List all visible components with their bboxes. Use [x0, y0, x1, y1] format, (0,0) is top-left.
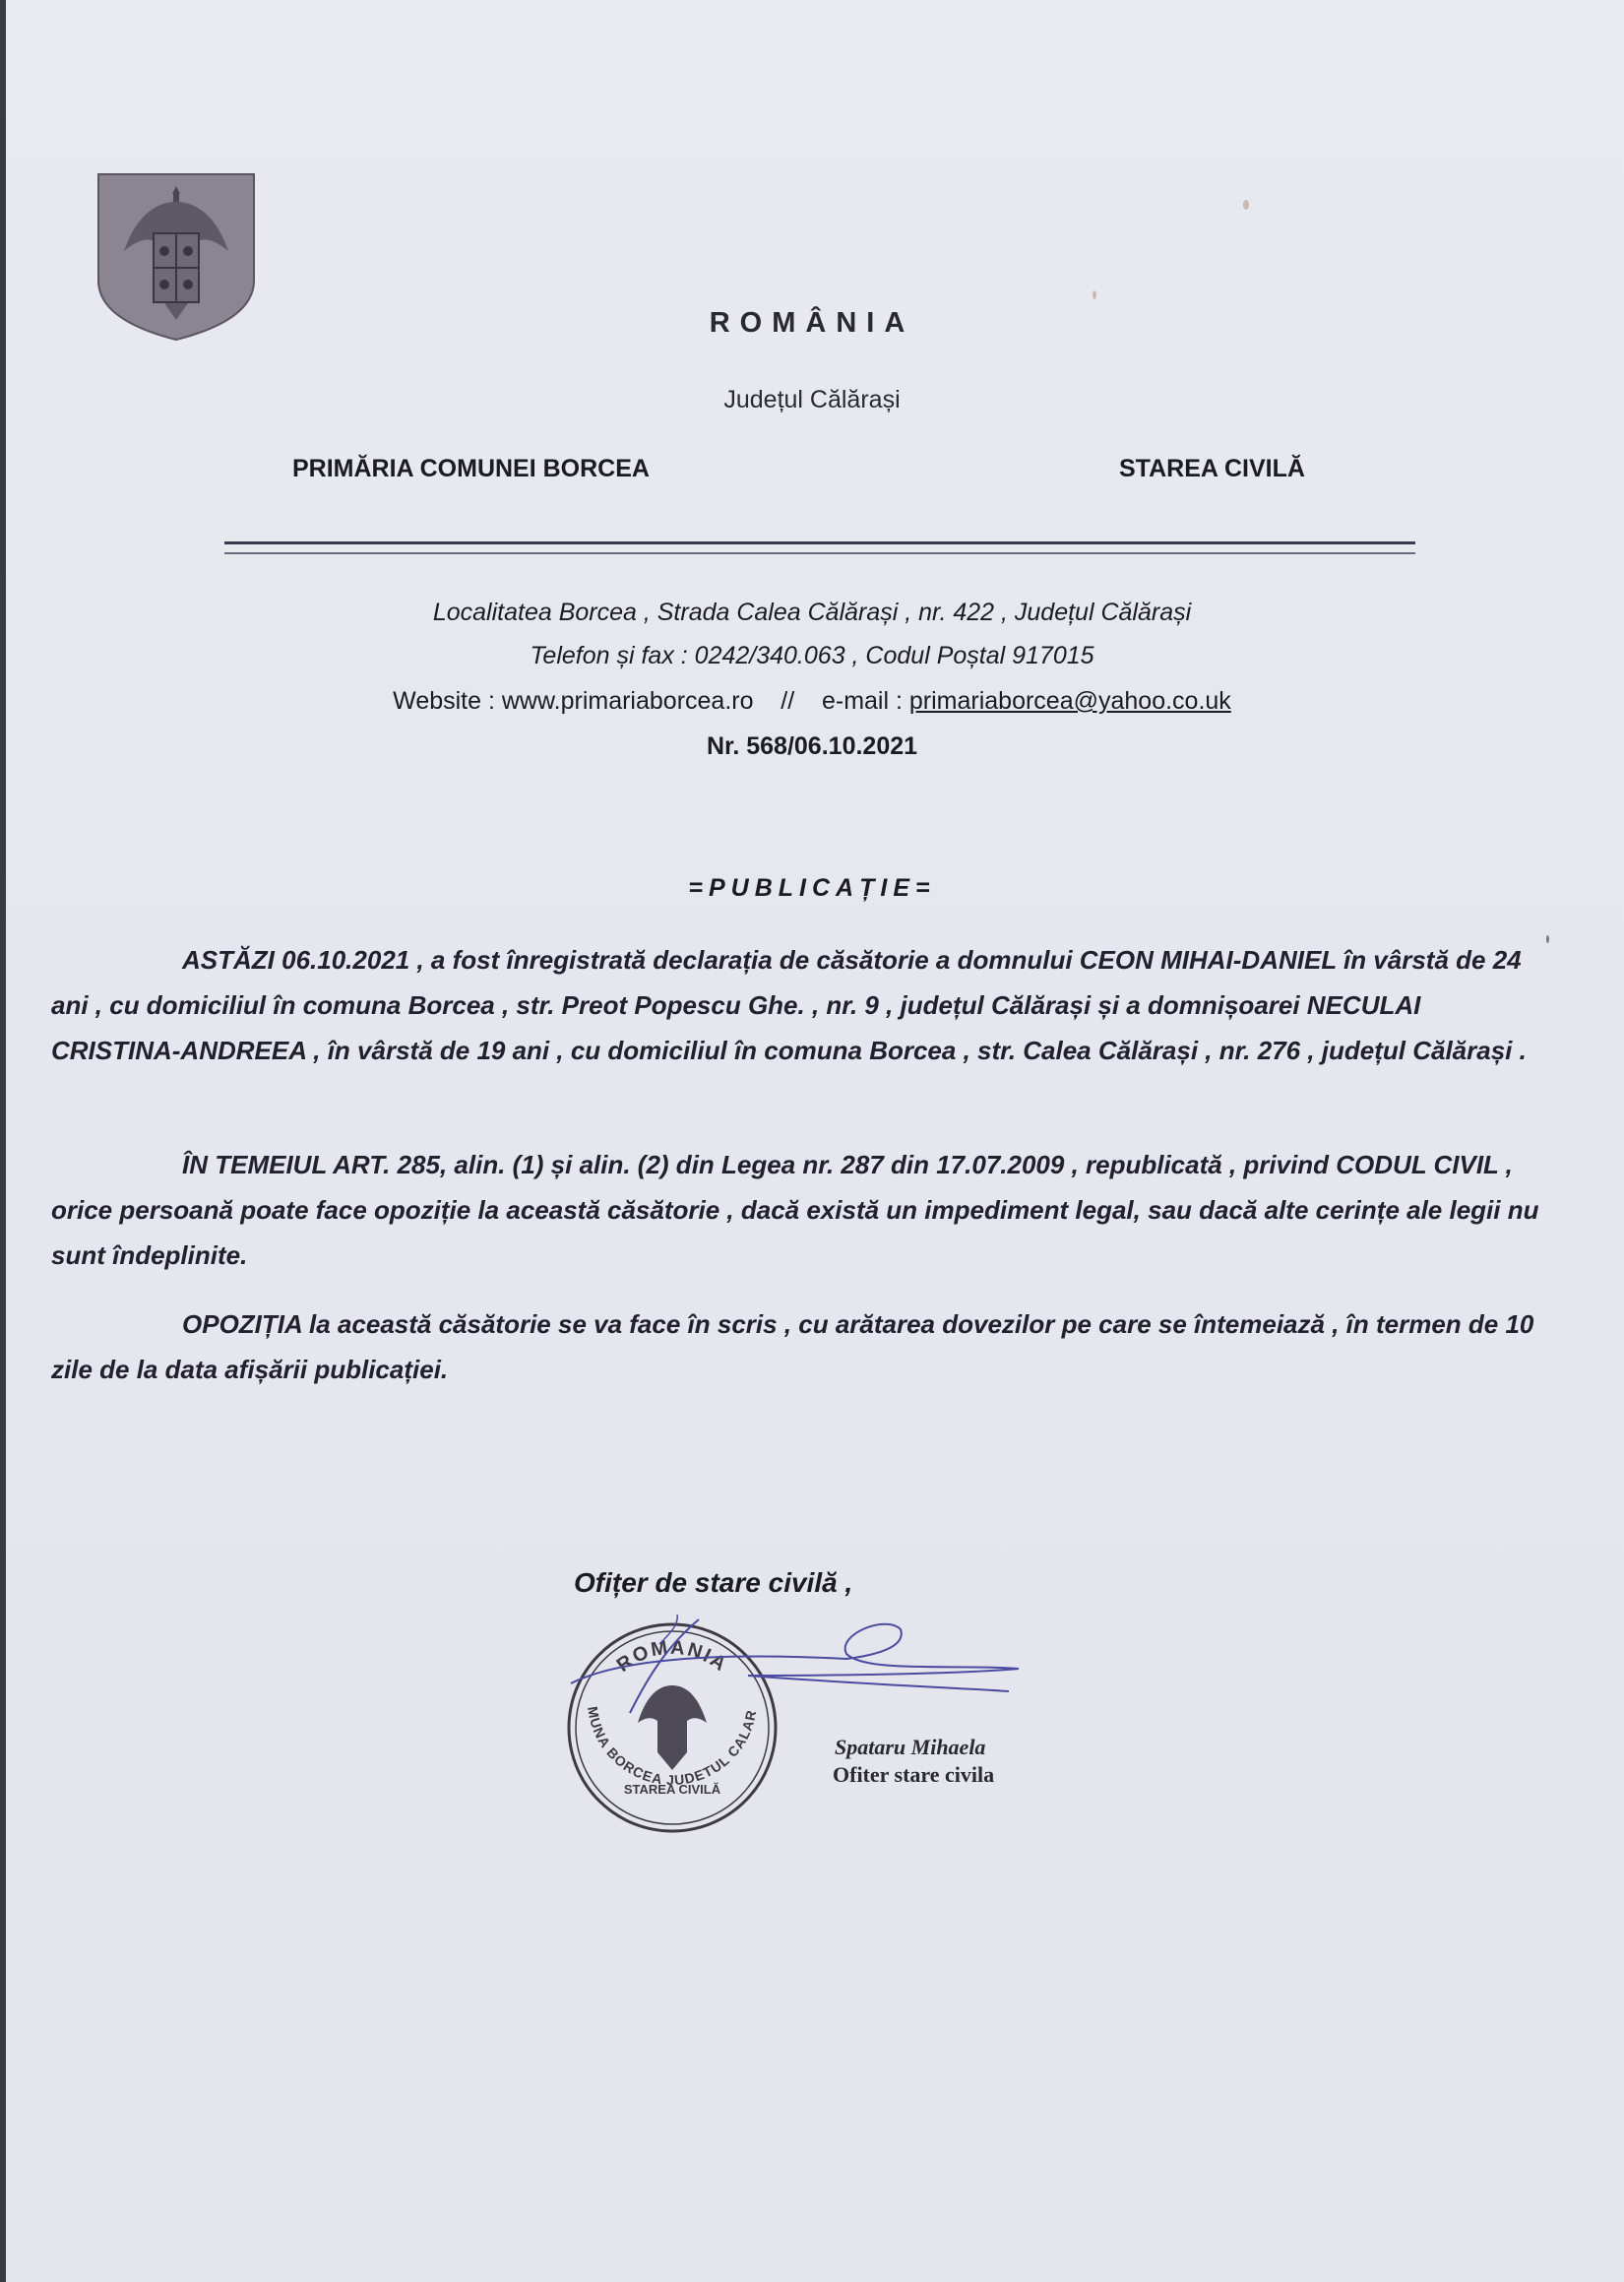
phone-line: Telefon și fax : 0242/340.063 , Codul Po… [0, 642, 1624, 670]
paper-speck [1243, 200, 1249, 210]
officer-label: Ofițer de stare civilă , [574, 1567, 852, 1599]
country-title: ROMÂNIA [0, 307, 1624, 340]
handwritten-signature-icon [551, 1615, 1043, 1733]
paragraph-text: ÎN TEMEIUL ART. 285, alin. (1) și alin. … [51, 1150, 1539, 1270]
document-title: =PUBLICAȚIE= [0, 874, 1624, 903]
paragraph-legal-basis: ÎN TEMEIUL ART. 285, alin. (1) și alin. … [51, 1142, 1547, 1278]
svg-text:STAREA CIVILĂ: STAREA CIVILĂ [624, 1782, 721, 1797]
signer-role: Ofiter stare civila [833, 1762, 994, 1788]
address-line: Localitatea Borcea , Strada Calea Călăra… [0, 599, 1624, 627]
email-link[interactable]: primariaborcea@yahoo.co.uk [909, 687, 1231, 715]
registration-number: Nr. 568/06.10.2021 [0, 732, 1624, 761]
signer-name: Spataru Mihaela [835, 1735, 985, 1760]
paragraph-opposition: OPOZIȚIA la această căsătorie se va face… [51, 1301, 1547, 1392]
document-page: ROMÂNIA Județul Călărași PRIMĂRIA COMUNE… [0, 0, 1624, 2282]
paragraph-text: OPOZIȚIA la această căsătorie se va face… [51, 1309, 1533, 1384]
paragraph-declaration: ASTĂZI 06.10.2021 , a fost înregistrată … [51, 937, 1547, 1073]
header-divider [224, 541, 1415, 554]
county-name: Județul Călărași [0, 386, 1624, 414]
scan-edge [0, 0, 6, 2282]
paragraph-text: ASTĂZI 06.10.2021 , a fost înregistrată … [51, 945, 1527, 1065]
paper-speck [1093, 290, 1096, 299]
website-email-line: Website : www.primariaborcea.ro // e-mai… [0, 687, 1624, 716]
department-name: STAREA CIVILĂ [1119, 455, 1305, 483]
website-label: Website : www.primariaborcea.ro // e-mai… [393, 687, 909, 715]
institution-name: PRIMĂRIA COMUNEI BORCEA [292, 455, 650, 483]
